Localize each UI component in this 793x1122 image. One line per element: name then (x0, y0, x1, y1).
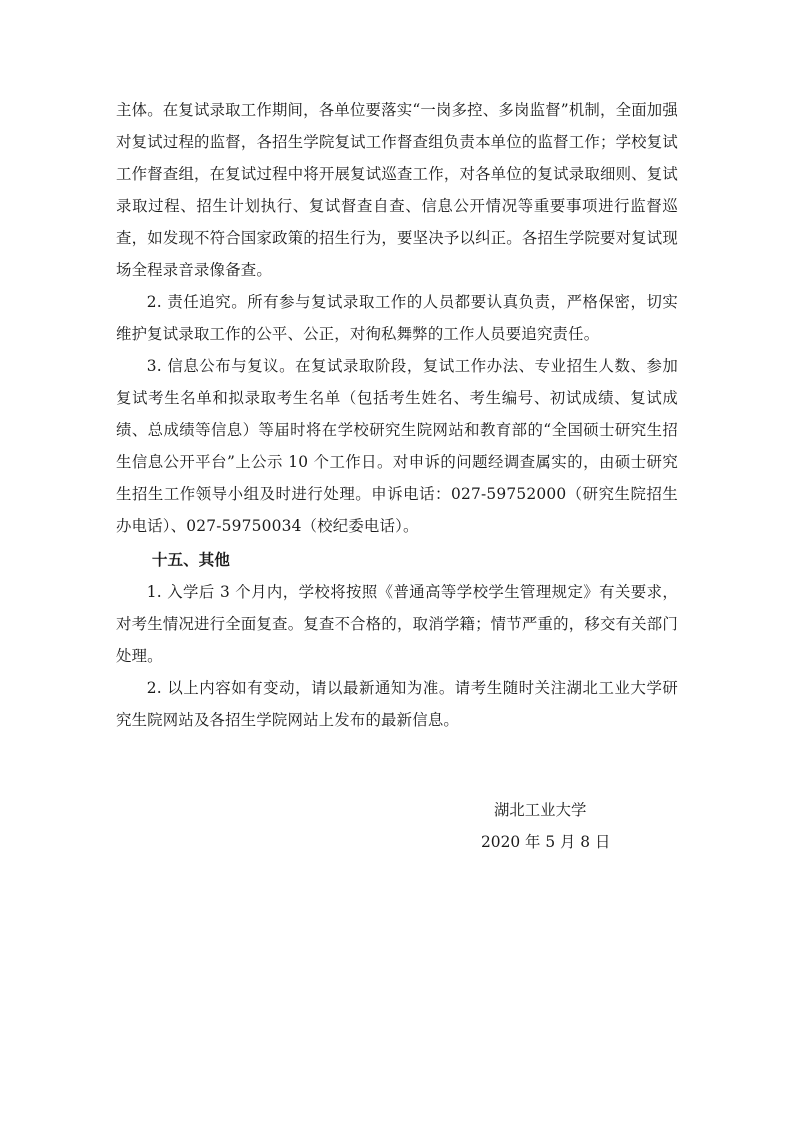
signature-organization: 湖北工业大学 (116, 794, 678, 826)
paragraph-supervision-continued: 主体。在复试录取工作期间，各单位要落实“一岗多控、多岗监督”机制，全面加强对复试… (116, 94, 678, 286)
paragraph-reexamination: 1. 入学后 3 个月内，学校将按照《普通高等学校学生管理规定》有关要求，对考生… (116, 576, 678, 672)
paragraph-updates-notice: 2. 以上内容如有变动，请以最新通知为准。请考生随时关注湖北工业大学研究生院网站… (116, 672, 678, 736)
signature-date: 2020 年 5 月 8 日 (116, 826, 678, 858)
paragraph-information-disclosure: 3. 信息公布与复议。在复试录取阶段，复试工作办法、专业招生人数、参加复试考生名… (116, 350, 678, 542)
signature-block: 湖北工业大学 2020 年 5 月 8 日 (116, 794, 678, 858)
document-page: 主体。在复试录取工作期间，各单位要落实“一岗多控、多岗监督”机制，全面加强对复试… (116, 94, 678, 736)
section-heading-other: 十五、其他 (116, 544, 678, 576)
paragraph-accountability: 2. 责任追究。所有参与复试录取工作的人员都要认真负责，严格保密，切实维护复试录… (116, 286, 678, 350)
